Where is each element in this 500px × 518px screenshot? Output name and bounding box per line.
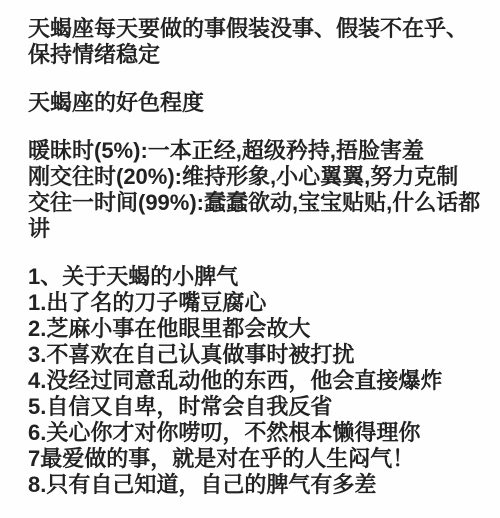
stages-paragraph: 暖昧时(5%):一本正经,超级矜持,捂脸害羞 刚交往时(20%):维持形象,小心… [28, 138, 480, 242]
stage-line: 刚交往时(20%):维持形象,小心翼翼,努力克制 [28, 164, 480, 190]
temper-list-item: 5.自信又自卑，时常会自我反省 [28, 394, 480, 420]
temper-list-item: 3.不喜欢在自己认真做事时被打扰 [28, 342, 480, 368]
temper-list-heading: 1、关于天蝎的小脾气 [28, 264, 480, 290]
temper-list-item: 4.没经过同意乱动他的东西，他会直接爆炸 [28, 368, 480, 394]
stage-line: 暖昧时(5%):一本正经,超级矜持,捂脸害羞 [28, 138, 480, 164]
temper-list: 1、关于天蝎的小脾气 1.出了名的刀子嘴豆腐心 2.芝麻小事在他眼里都会故大 3… [28, 264, 480, 498]
stage-line: 讲 [28, 216, 480, 242]
temper-list-item: 8.只有自己知道，自己的脾气有多差 [28, 472, 480, 498]
temper-list-item: 6.关心你才对你唠叨，不然根本懒得理你 [28, 420, 480, 446]
intro-line: 天蝎座每天要做的事假装没事、假装不在乎、 [28, 16, 480, 42]
stage-line: 交往一时间(99%):蠢蠢欲动,宝宝贴贴,什么话都 [28, 190, 480, 216]
temper-list-item: 2.芝麻小事在他眼里都会故大 [28, 316, 480, 342]
intro-line: 保持情绪稳定 [28, 42, 480, 68]
intro-paragraph: 天蝎座每天要做的事假装没事、假装不在乎、 保持情绪稳定 [28, 16, 480, 68]
section-title-paragraph: 天蝎座的好色程度 [28, 90, 480, 116]
text-image-canvas: 天蝎座每天要做的事假装没事、假装不在乎、 保持情绪稳定 天蝎座的好色程度 暖昧时… [0, 0, 500, 518]
temper-list-item: 1.出了名的刀子嘴豆腐心 [28, 290, 480, 316]
section-title: 天蝎座的好色程度 [28, 90, 480, 116]
temper-list-item: 7最爱做的事，就是对在乎的人生闷气！ [28, 446, 480, 472]
